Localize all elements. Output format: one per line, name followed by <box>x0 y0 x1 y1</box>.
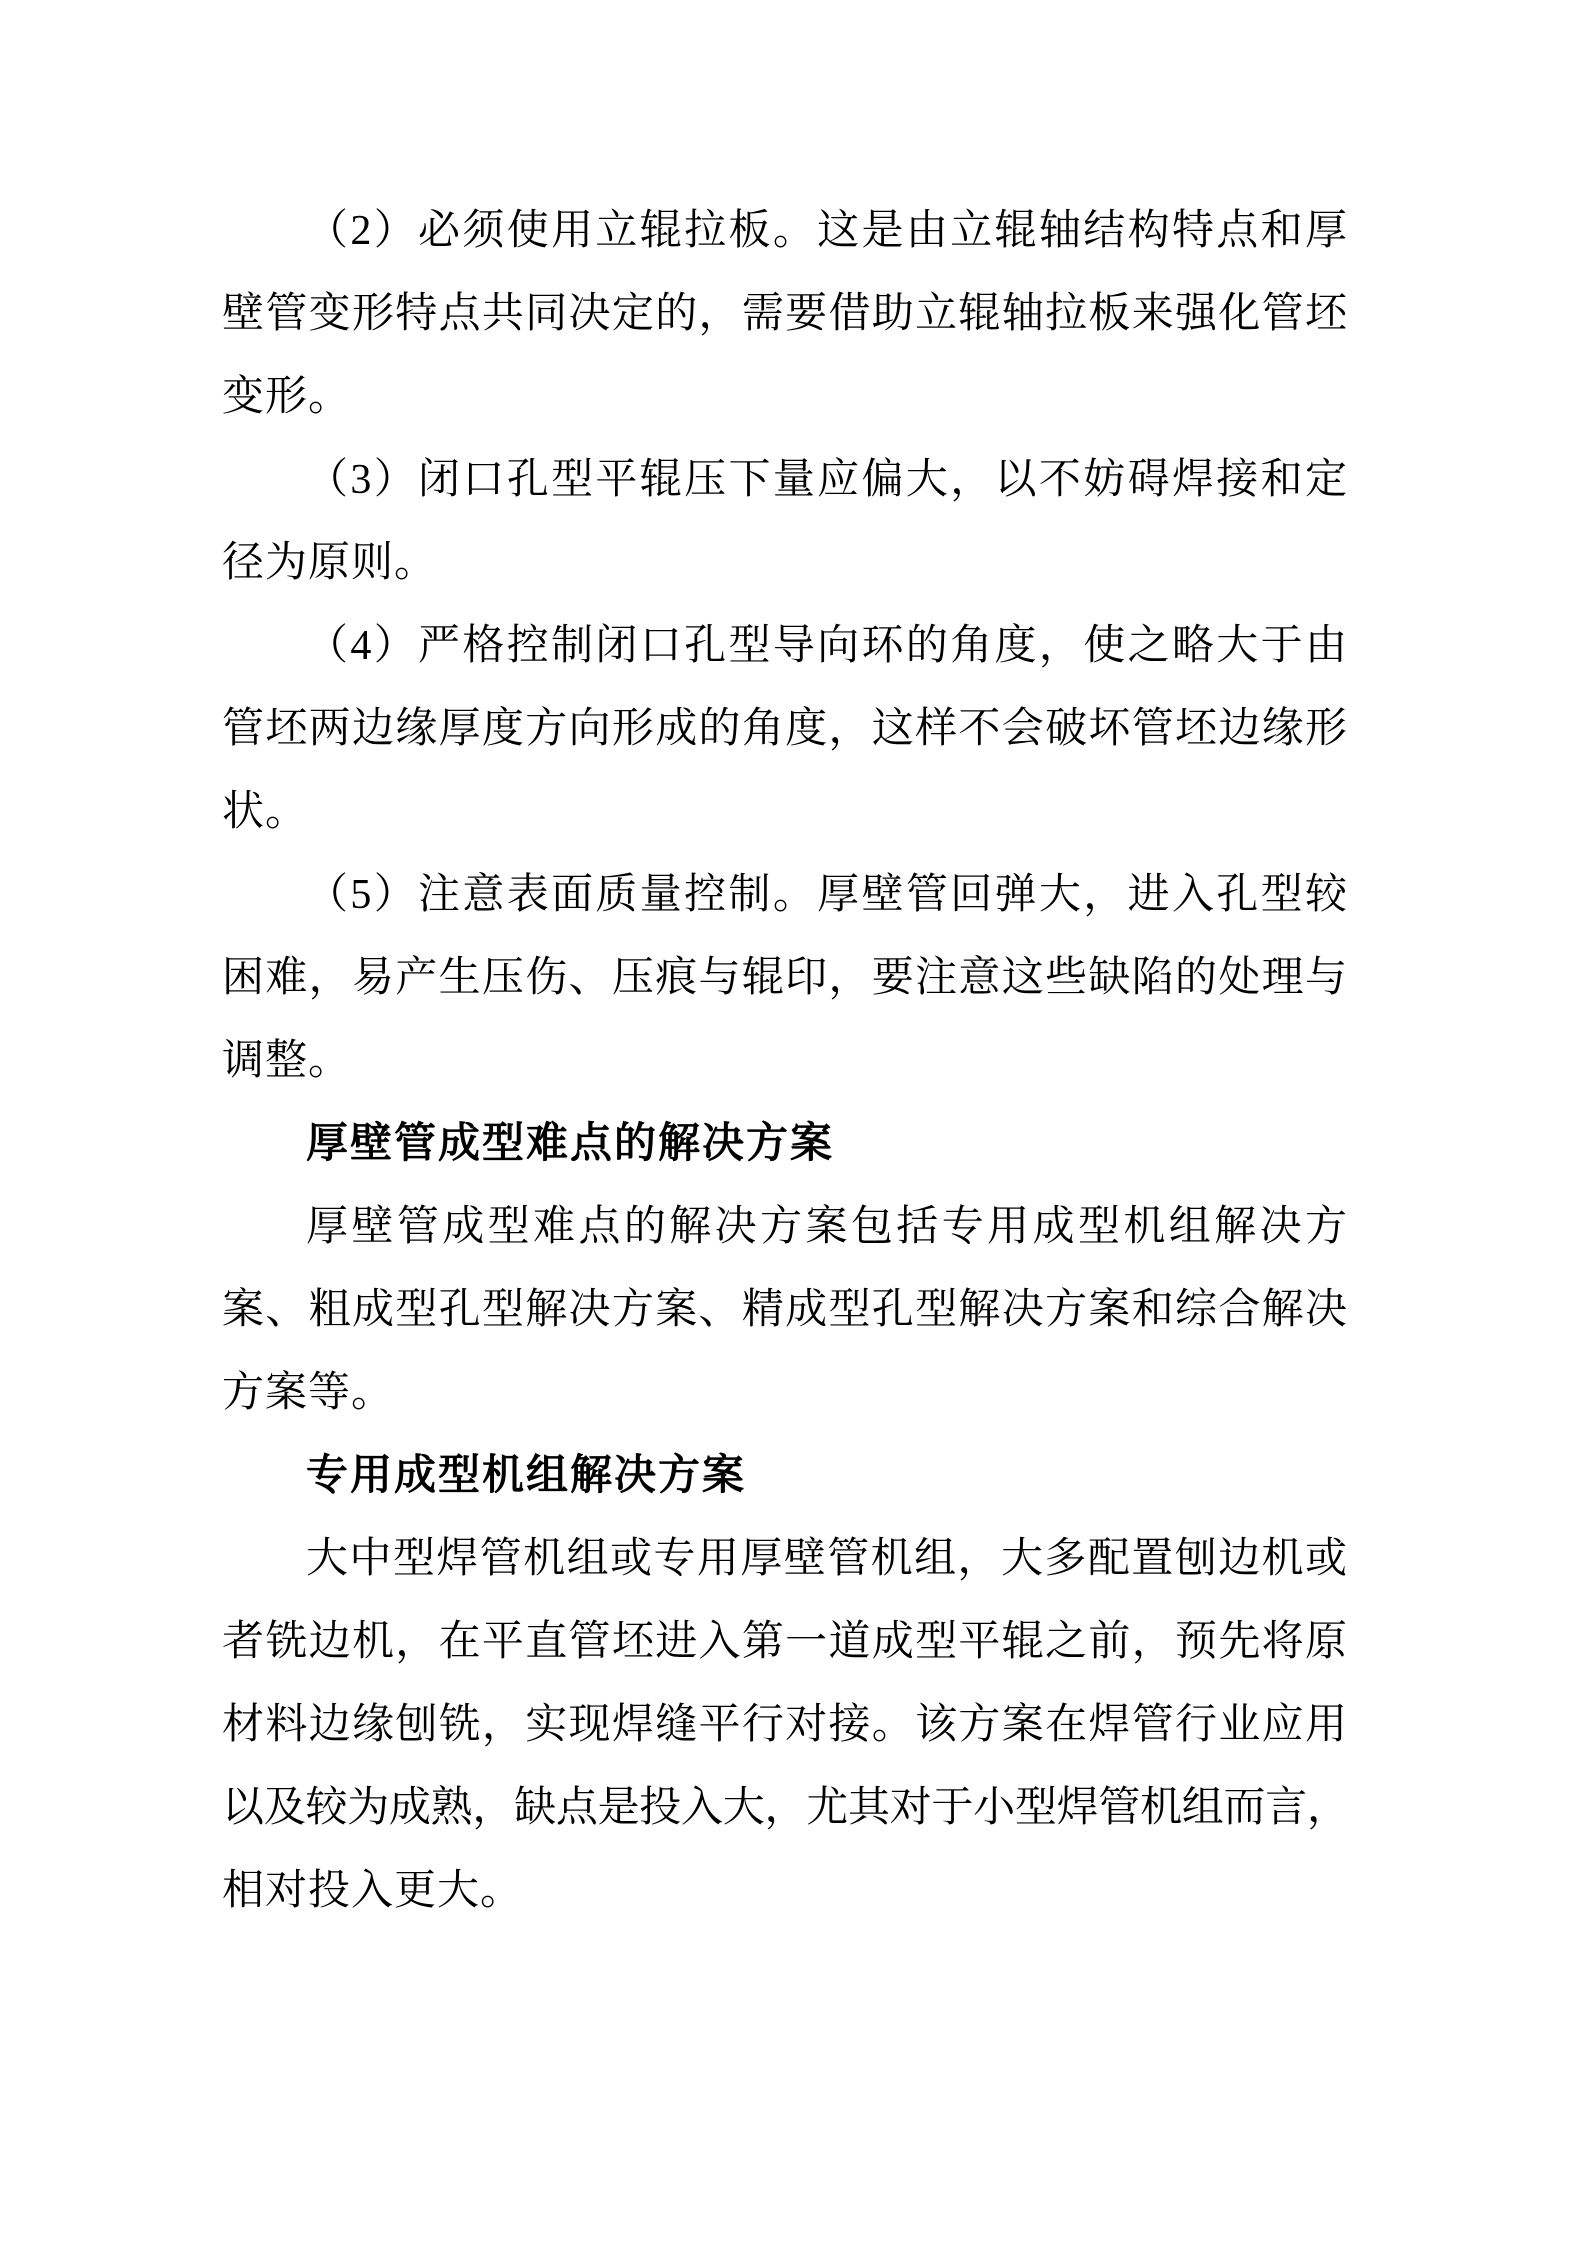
paragraph: （4）严格控制闭口孔型导向环的角度，使之略大于由管坯两边缘厚度方向形成的角度，这… <box>222 605 1348 854</box>
text-line: 状。 <box>222 771 1348 854</box>
paragraph: 大中型焊管机组或专用厚壁管机组，大多配置刨边机或者铣边机，在平直管坯进入第一道成… <box>222 1518 1348 1933</box>
text-line: 变形。 <box>222 356 1348 439</box>
text-line: 方案等。 <box>222 1352 1348 1435</box>
text-line: （4）严格控制闭口孔型导向环的角度，使之略大于由 <box>222 605 1348 688</box>
text-line: （2）必须使用立辊拉板。这是由立辊轴结构特点和厚 <box>222 190 1348 273</box>
text-line: 厚壁管成型难点的解决方案 <box>222 1103 1348 1186</box>
text-line: 大中型焊管机组或专用厚壁管机组，大多配置刨边机或 <box>222 1518 1348 1601</box>
text-line: 者铣边机，在平直管坯进入第一道成型平辊之前，预先将原 <box>222 1601 1348 1684</box>
document-page: （2）必须使用立辊拉板。这是由立辊轴结构特点和厚壁管变形特点共同决定的，需要借助… <box>0 0 1587 2245</box>
text-line: 材料边缘刨铣，实现焊缝平行对接。该方案在焊管行业应用 <box>222 1684 1348 1767</box>
text-line: 管坯两边缘厚度方向形成的角度，这样不会破坏管坯边缘形 <box>222 688 1348 771</box>
paragraph: （2）必须使用立辊拉板。这是由立辊轴结构特点和厚壁管变形特点共同决定的，需要借助… <box>222 190 1348 439</box>
heading: 厚壁管成型难点的解决方案 <box>222 1103 1348 1186</box>
paragraph: （3）闭口孔型平辊压下量应偏大，以不妨碍焊接和定径为原则。 <box>222 439 1348 605</box>
paragraph: （5）注意表面质量控制。厚壁管回弹大，进入孔型较困难，易产生压伤、压痕与辊印，要… <box>222 854 1348 1103</box>
text-content: （2）必须使用立辊拉板。这是由立辊轴结构特点和厚壁管变形特点共同决定的，需要借助… <box>222 190 1348 1933</box>
text-line: 以及较为成熟，缺点是投入大，尤其对于小型焊管机组而言， <box>222 1767 1348 1850</box>
paragraph: 厚壁管成型难点的解决方案包括专用成型机组解决方案、粗成型孔型解决方案、精成型孔型… <box>222 1186 1348 1435</box>
text-line: 困难，易产生压伤、压痕与辊印，要注意这些缺陷的处理与 <box>222 937 1348 1020</box>
heading: 专用成型机组解决方案 <box>222 1435 1348 1518</box>
text-line: （3）闭口孔型平辊压下量应偏大，以不妨碍焊接和定 <box>222 439 1348 522</box>
text-line: 相对投入更大。 <box>222 1850 1348 1933</box>
text-line: （5）注意表面质量控制。厚壁管回弹大，进入孔型较 <box>222 854 1348 937</box>
text-line: 厚壁管成型难点的解决方案包括专用成型机组解决方 <box>222 1186 1348 1269</box>
text-line: 专用成型机组解决方案 <box>222 1435 1348 1518</box>
text-line: 壁管变形特点共同决定的，需要借助立辊轴拉板来强化管坯 <box>222 273 1348 356</box>
text-line: 径为原则。 <box>222 522 1348 605</box>
text-line: 案、粗成型孔型解决方案、精成型孔型解决方案和综合解决 <box>222 1269 1348 1352</box>
text-line: 调整。 <box>222 1020 1348 1103</box>
